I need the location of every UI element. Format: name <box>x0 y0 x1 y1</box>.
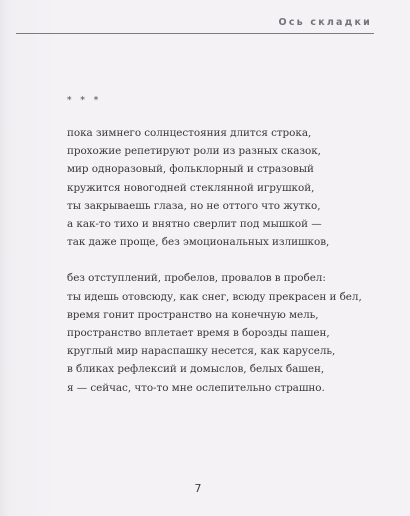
stanza-2: без отступлений, пробелов, провалов в пр… <box>67 269 367 396</box>
header-rule <box>16 33 374 34</box>
poem-line: в бликах рефлексий и домыслов, белых баш… <box>67 360 367 378</box>
stanza-1: пока зимнего солнцестояния длится строка… <box>67 124 367 251</box>
poem-line: пространство вплетает время в борозды па… <box>67 324 367 342</box>
poem-line: а как-то тихо и внятно сверлит под мышко… <box>67 215 367 233</box>
poem-line: прохожие репетируют роли из разных сказо… <box>67 142 367 160</box>
page-number: 7 <box>0 482 396 495</box>
poem: * * * пока зимнего солнцестояния длится … <box>67 92 367 415</box>
poem-line: мир одноразовый, фольклорный и стразовый <box>67 160 367 178</box>
poem-line: время гонит пространство на конечную мел… <box>67 306 367 324</box>
book-page: Ось складки * * * пока зимнего солнцесто… <box>0 0 410 516</box>
poem-line: так даже проще, без эмоциональных излишк… <box>67 233 367 251</box>
running-head-title: Ось складки <box>279 17 372 28</box>
poem-line: пока зимнего солнцестояния длится строка… <box>67 124 367 142</box>
poem-line: я — сейчас, что-то мне ослепительно стра… <box>67 379 367 397</box>
poem-line: кружится новогодней стеклянной игрушкой, <box>67 179 367 197</box>
section-separator: * * * <box>67 92 367 110</box>
poem-line: круглый мир нараспашку несется, как кару… <box>67 342 367 360</box>
poem-line: ты идешь отовсюду, как снег, всюду прекр… <box>67 288 367 306</box>
poem-line: ты закрываешь глаза, но не оттого что жу… <box>67 197 367 215</box>
poem-line: без отступлений, пробелов, провалов в пр… <box>67 269 367 287</box>
